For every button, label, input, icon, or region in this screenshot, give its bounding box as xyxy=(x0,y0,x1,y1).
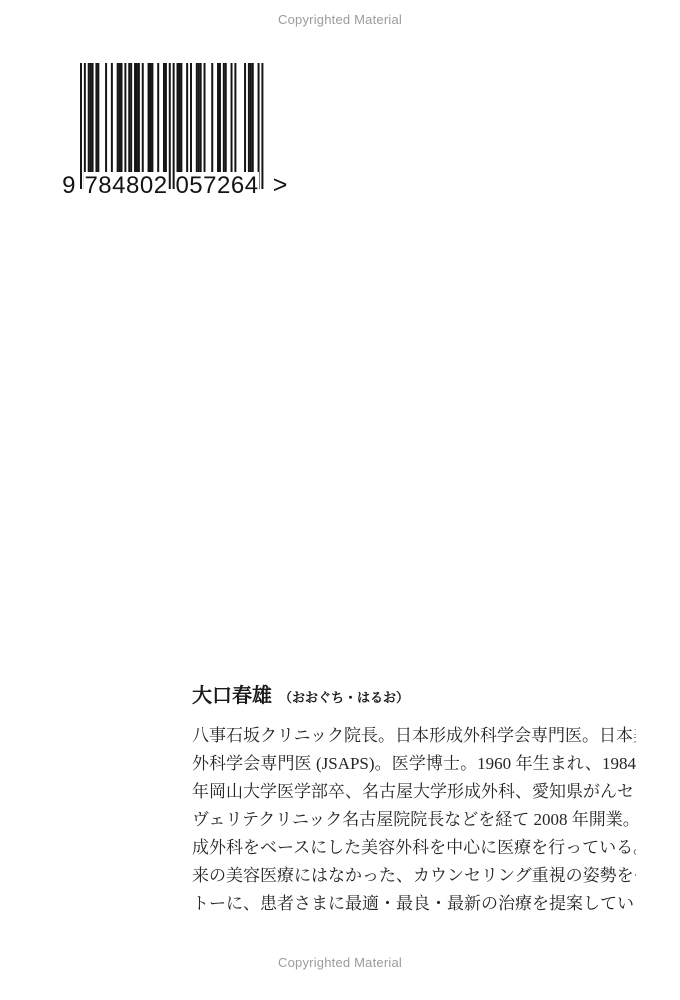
watermark-top: Copyrighted Material xyxy=(0,12,680,27)
author-name-row: 大口春雄 （おおぐち・はるお） xyxy=(192,679,636,708)
barcode-bars xyxy=(80,63,263,189)
barcode-quiet-zone-indicator: > xyxy=(273,171,288,199)
bio-line: 来の美容医療にはなかった、カウンセリング重視の姿勢をモッ xyxy=(192,862,636,890)
bio-line: 外科学会専門医 (JSAPS)。医学博士。1960 年生まれ、1984 xyxy=(192,750,636,778)
author-bio: 八事石坂クリニック院長。日本形成外科学会専門医。日本美容 外科学会専門医 (JS… xyxy=(192,722,636,918)
author-name: 大口春雄 xyxy=(192,679,272,708)
ean13-barcode-svg: 9 784802 057264 > xyxy=(60,60,295,200)
bio-line: トーに、患者さまに最適・最良・最新の治療を提案している。 xyxy=(192,890,636,918)
barcode-digit-group2: 057264 xyxy=(175,172,258,199)
barcode-digit-group1: 784802 xyxy=(84,172,167,199)
bio-line: 成外科をベースにした美容外科を中心に医療を行っている。従 xyxy=(192,834,636,862)
bio-line: 八事石坂クリニック院長。日本形成外科学会専門医。日本美容 xyxy=(192,722,636,750)
watermark-bottom: Copyrighted Material xyxy=(0,955,680,970)
author-section: 大口春雄 （おおぐち・はるお） 八事石坂クリニック院長。日本形成外科学会専門医。… xyxy=(192,679,636,918)
book-back-cover: Copyrighted Material 9 784802 057264 > 大… xyxy=(0,0,680,1000)
author-name-reading: （おおぐち・はるお） xyxy=(279,687,409,706)
isbn-barcode: 9 784802 057264 > xyxy=(60,60,295,200)
barcode-digit-lead: 9 xyxy=(62,172,76,199)
bio-line: 年岡山大学医学部卒、名古屋大学形成外科、愛知県がんセンター、 xyxy=(192,778,636,806)
bio-line: ヴェリテクリニック名古屋院院長などを経て 2008 年開業。形 xyxy=(192,806,636,834)
